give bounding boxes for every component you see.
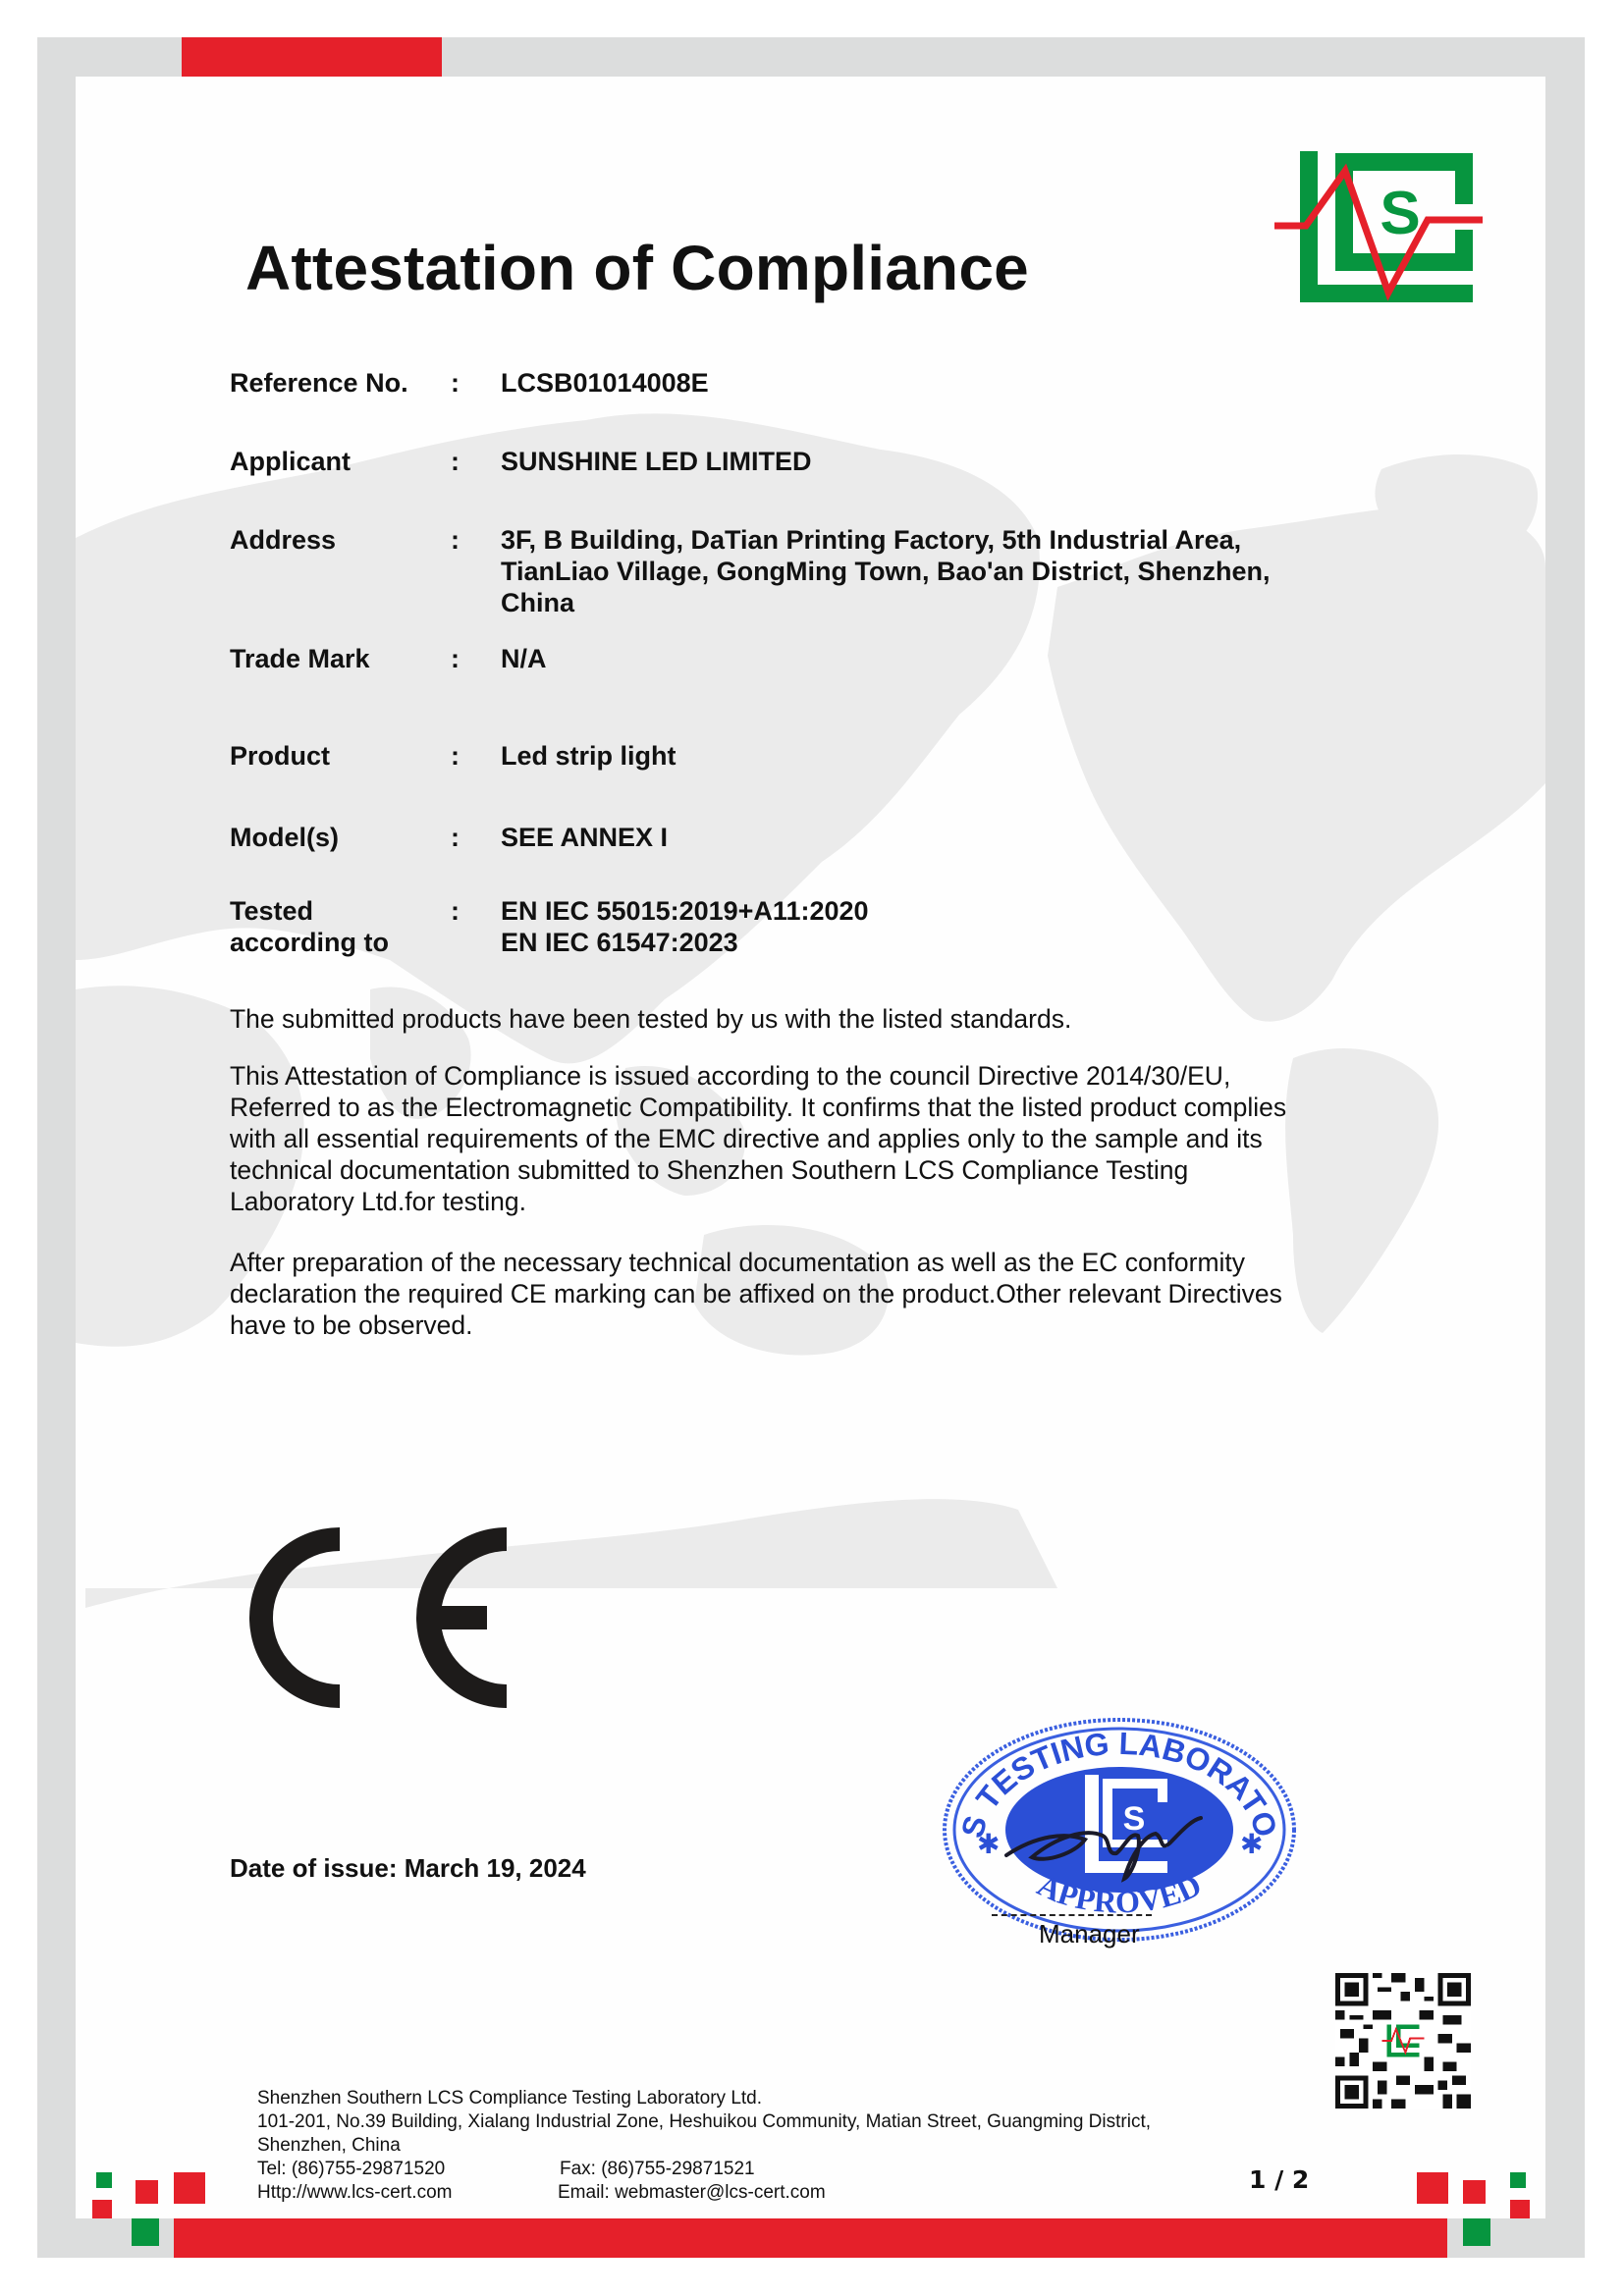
applicant-name: SUNSHINE LED LIMITED <box>501 446 1345 477</box>
decor-square <box>96 2172 112 2188</box>
field-label: Applicant <box>230 446 446 477</box>
field-label: Trade Mark <box>230 643 446 674</box>
svg-text:✱: ✱ <box>1240 1828 1263 1860</box>
models-value: SEE ANNEX I <box>501 822 1345 853</box>
paragraph-tested: The submitted products have been tested … <box>230 1003 1359 1035</box>
footer-website-link[interactable]: Http://www.lcs-cert.com <box>257 2181 452 2205</box>
product-value: Led strip light <box>501 740 1345 772</box>
decor-square <box>92 2200 112 2218</box>
qr-code-icon <box>1335 1973 1471 2109</box>
field-colon: : <box>451 822 460 853</box>
decor-square <box>1417 2172 1448 2204</box>
field-label: Product <box>230 740 446 772</box>
decor-square <box>1463 2180 1486 2204</box>
trade-mark-value: N/A <box>501 643 1345 674</box>
field-label: Model(s) <box>230 822 446 853</box>
field-colon: : <box>451 740 460 772</box>
footer-address-line1: 101-201, No.39 Building, Xialang Industr… <box>257 2110 1151 2134</box>
field-colon: : <box>451 446 460 477</box>
footer-email-link[interactable]: Email: webmaster@lcs-cert.com <box>558 2181 826 2205</box>
field-label: Tested according to <box>230 895 446 958</box>
paragraph-ce-marking: After preparation of the necessary techn… <box>230 1247 1359 1341</box>
approval-stamp-icon: LCS TESTING LABORATORY APPROVED ✱ ✱ S <box>938 1710 1301 1946</box>
standard-item: EN IEC 61547:2023 <box>501 927 1345 958</box>
decor-square <box>135 2180 158 2204</box>
decor-square <box>132 2218 159 2246</box>
paragraph-attestation: This Attestation of Compliance is issued… <box>230 1060 1359 1217</box>
ce-mark-icon <box>242 1523 512 1712</box>
standard-item: EN IEC 55015:2019+A11:2020 <box>501 895 1345 927</box>
address-line: TianLiao Village, GongMing Town, Bao'an … <box>501 556 1345 587</box>
field-colon: : <box>451 524 460 556</box>
field-colon: : <box>451 643 460 674</box>
footer-fax: Fax: (86)755-29871521 <box>560 2158 755 2181</box>
applicant-address: 3F, B Building, DaTian Printing Factory,… <box>501 524 1345 618</box>
signer-title: Manager <box>1039 1919 1140 1949</box>
footer-address-line2: Shenzhen, China <box>257 2134 401 2158</box>
field-colon: : <box>451 367 460 399</box>
address-line: 3F, B Building, DaTian Printing Factory,… <box>501 524 1345 556</box>
field-label: Reference No. <box>230 367 446 399</box>
field-label: Address <box>230 524 446 556</box>
footer-tel: Tel: (86)755-29871520 <box>257 2158 445 2181</box>
signature-line <box>992 1914 1152 1916</box>
document-title: Attestation of Compliance <box>245 232 1029 304</box>
date-of-issue: Date of issue: March 19, 2024 <box>230 1853 586 1884</box>
page-number: 1 / 2 <box>1249 2165 1309 2194</box>
bottom-accent-bar <box>174 2218 1447 2258</box>
standards-list: EN IEC 55015:2019+A11:2020 EN IEC 61547:… <box>501 895 1345 958</box>
svg-text:S: S <box>1123 1800 1146 1838</box>
decor-square <box>1510 2172 1526 2188</box>
reference-number: LCSB01014008E <box>501 367 1345 399</box>
decor-square <box>174 2172 205 2204</box>
svg-text:✱: ✱ <box>977 1828 1000 1860</box>
svg-text:S: S <box>1380 180 1420 247</box>
lcs-logo-icon: S <box>1271 145 1485 306</box>
decor-square <box>1463 2218 1490 2246</box>
decor-square <box>1510 2200 1530 2218</box>
field-colon: : <box>451 895 460 927</box>
top-accent-bar <box>182 37 442 77</box>
address-line: China <box>501 587 1345 618</box>
footer-company: Shenzhen Southern LCS Compliance Testing… <box>257 2087 762 2110</box>
